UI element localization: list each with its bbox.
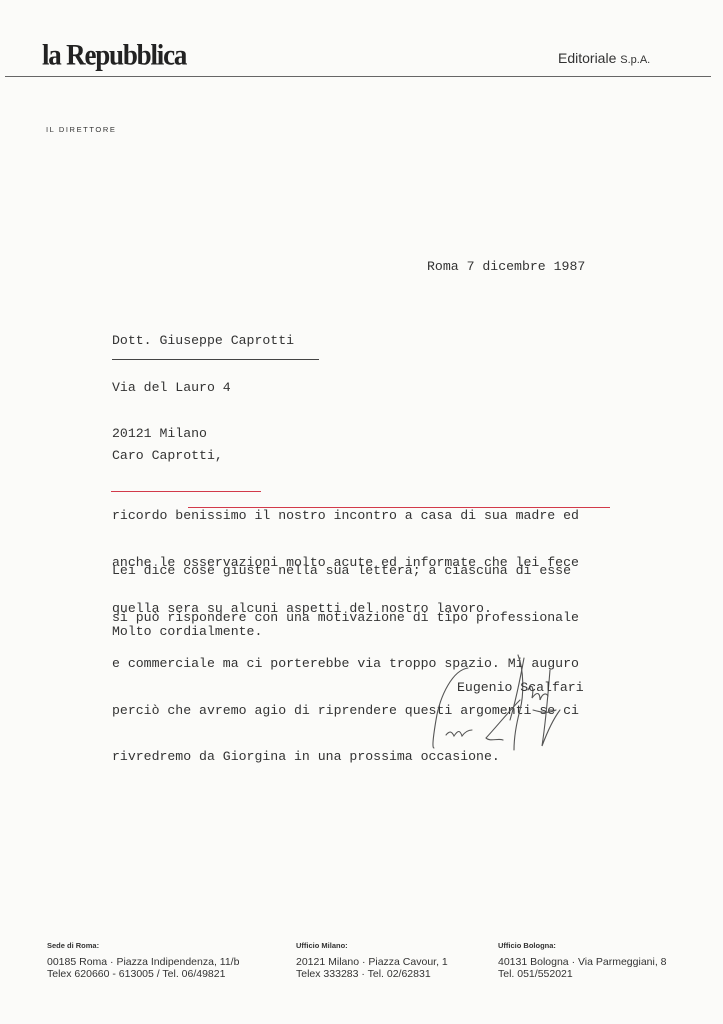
recipient-name: Dott. Giuseppe Caprotti (112, 333, 294, 349)
footer-bologna-address: 40131 Bologna · Via Parmeggiani, 8 (498, 956, 667, 969)
footer-bologna-phone: Tel. 051/552021 (498, 968, 667, 981)
footer-roma-heading: Sede di Roma: (47, 940, 239, 953)
footer-milano-phone: Telex 333283 · Tel. 02/62831 (296, 968, 448, 981)
address-divider (112, 359, 319, 360)
handwritten-signature-icon (428, 650, 598, 760)
publisher-suffix: S.p.A. (620, 54, 650, 66)
footer-bologna: Ufficio Bologna: 40131 Bologna · Via Par… (498, 940, 667, 981)
header-divider (5, 76, 711, 77)
publisher-label: Editoriale (558, 50, 616, 66)
recipient-address: Dott. Giuseppe Caprotti Via del Lauro 4 … (112, 302, 294, 457)
salutation: Caro Caprotti, (112, 448, 223, 464)
footer-roma-address: 00185 Roma · Piazza Indipendenza, 11/b (47, 956, 239, 969)
publisher-name: Editoriale S.p.A. (558, 50, 650, 66)
footer-bologna-heading: Ufficio Bologna: (498, 940, 667, 953)
office-label: IL DIRETTORE (46, 125, 116, 134)
footer-roma-phone: Telex 620660 - 613005 / Tel. 06/49821 (47, 968, 239, 981)
footer-roma: Sede di Roma: 00185 Roma · Piazza Indipe… (47, 940, 239, 981)
masthead-logo: la Repubblica (42, 38, 186, 72)
closing: Molto cordialmente. (112, 624, 262, 640)
paragraph-line: ricordo benissimo il nostro incontro a c… (112, 508, 579, 524)
footer-milano-heading: Ufficio Milano: (296, 940, 448, 953)
letter-date: Roma 7 dicembre 1987 (427, 259, 585, 275)
recipient-street: Via del Lauro 4 (112, 380, 294, 396)
paragraph-line: Lei dice cose giuste nella sua lettera; … (112, 563, 579, 579)
recipient-city: 20121 Milano (112, 426, 294, 442)
paragraph-line: si può rispondere con una motivazione di… (112, 610, 579, 626)
red-underline-1 (111, 491, 261, 492)
red-underline-2 (188, 507, 610, 508)
footer-milano: Ufficio Milano: 20121 Milano · Piazza Ca… (296, 940, 448, 981)
signatory-name: Eugenio Scalfari (457, 680, 584, 696)
footer-milano-address: 20121 Milano · Piazza Cavour, 1 (296, 956, 448, 969)
